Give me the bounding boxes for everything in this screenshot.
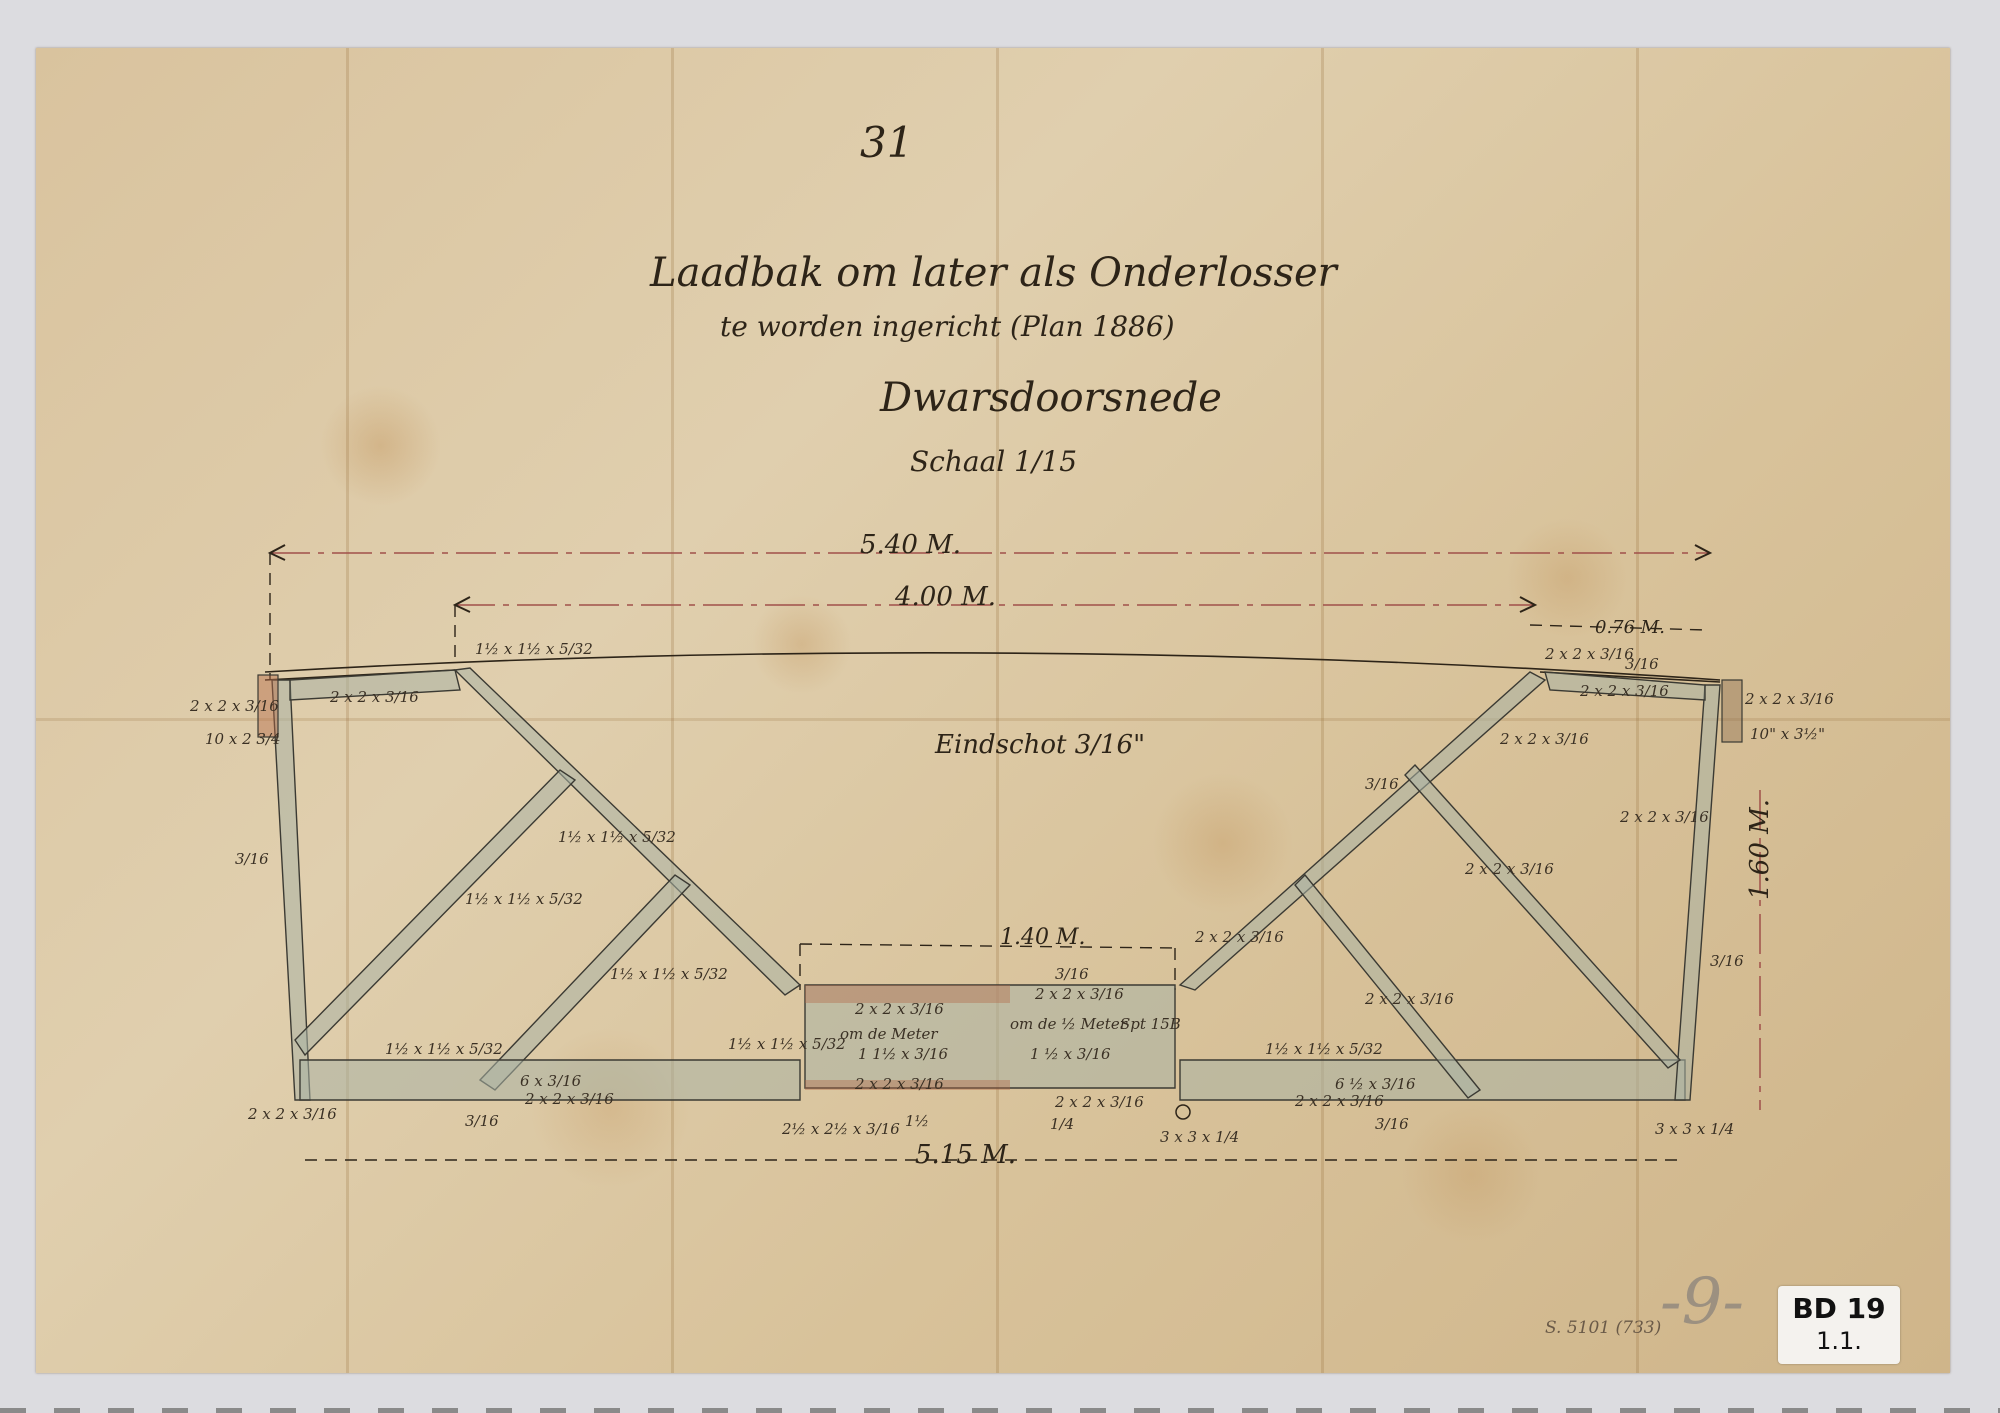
member-label: 2 x 2 x 3/16 bbox=[1035, 985, 1124, 1003]
member-label: 2 x 2 x 3/16 bbox=[190, 697, 279, 715]
member-label: 3/16 bbox=[465, 1112, 499, 1130]
member-label: 2 x 2 x 3/16 bbox=[330, 688, 419, 706]
member-label: 1 1½ x 3/16 bbox=[858, 1045, 948, 1063]
member-label: 2 x 2 x 3/16 bbox=[1365, 990, 1454, 1008]
member-label: 10 x 2 3/4 bbox=[205, 730, 281, 748]
card-line-2: 1.1. bbox=[1778, 1327, 1900, 1355]
archive-stamp: -9- bbox=[1660, 1265, 1744, 1339]
member-label: 3/16 bbox=[1710, 952, 1744, 970]
member-label: 1½ x 1½ x 5/32 bbox=[558, 828, 676, 846]
member-label: 2 x 2 x 3/16 bbox=[1195, 928, 1284, 946]
drawing-subtitle: te worden ingericht (Plan 1886) bbox=[720, 310, 1175, 343]
center-note: Eindschot 3/16" bbox=[935, 730, 1145, 760]
member-label: om de Meter bbox=[840, 1025, 938, 1043]
dim-base-length: 5.15 M. bbox=[915, 1140, 1016, 1170]
member-label: 2½ x 2½ x 3/16 bbox=[782, 1120, 900, 1138]
sheet-number: 31 bbox=[860, 118, 913, 167]
member-label: 3 x 3 x 1/4 bbox=[1655, 1120, 1734, 1138]
member-label: 6 x 3/16 bbox=[520, 1072, 581, 1090]
member-label: 1½ x 1½ x 5/32 bbox=[465, 890, 583, 908]
member-label: 2 x 2 x 3/16 bbox=[1580, 682, 1669, 700]
member-label: Spt 15B bbox=[1120, 1015, 1181, 1033]
member-label: 10" x 3½" bbox=[1750, 725, 1825, 743]
view-name: Dwarsdoorsnede bbox=[880, 375, 1222, 421]
dim-hopper-bottom: 1.40 M. bbox=[1000, 925, 1086, 950]
dim-height: 1.60 M. bbox=[1745, 799, 1775, 900]
member-label: 2 x 2 x 3/16 bbox=[1745, 690, 1834, 708]
drawing-title: Laadbak om later als Onderlosser bbox=[650, 250, 1337, 296]
member-label: 1½ x 1½ x 5/32 bbox=[475, 640, 593, 658]
member-label: 2 x 2 x 3/16 bbox=[1545, 645, 1634, 663]
member-label: 2 x 2 x 3/16 bbox=[1465, 860, 1554, 878]
member-label: 2 x 2 x 3/16 bbox=[855, 1000, 944, 1018]
member-label: 2 x 2 x 3/16 bbox=[525, 1090, 614, 1108]
scan-ruler bbox=[0, 1408, 2000, 1413]
member-label: 1/4 bbox=[1050, 1115, 1074, 1133]
member-label: 3/16 bbox=[1055, 965, 1089, 983]
member-label: 3 x 3 x 1/4 bbox=[1160, 1128, 1239, 1146]
card-line-1: BD 19 bbox=[1778, 1292, 1900, 1325]
archive-label-card: BD 19 1.1. bbox=[1778, 1286, 1900, 1364]
member-label: 3/16 bbox=[235, 850, 269, 868]
member-label: 3/16 bbox=[1625, 655, 1659, 673]
member-label: 1½ x 1½ x 5/32 bbox=[1265, 1040, 1383, 1058]
member-label: 6 ½ x 3/16 bbox=[1335, 1075, 1416, 1093]
member-label: 1½ x 1½ x 5/32 bbox=[385, 1040, 503, 1058]
member-label: 3/16 bbox=[1375, 1115, 1409, 1133]
member-label: 1½ bbox=[905, 1112, 929, 1130]
dim-overall-width: 5.40 M. bbox=[860, 530, 961, 560]
catalog-reference: S. 5101 (733) bbox=[1545, 1318, 1661, 1338]
dim-side-offset: 0.76 M. bbox=[1595, 617, 1665, 638]
member-label: 2 x 2 x 3/16 bbox=[1055, 1093, 1144, 1111]
member-label: 3/16 bbox=[1365, 775, 1399, 793]
member-label: 2 x 2 x 3/16 bbox=[248, 1105, 337, 1123]
cross-section-drawing bbox=[0, 0, 2000, 1413]
dim-top-opening: 4.00 M. bbox=[895, 582, 996, 612]
member-label: 2 x 2 x 3/16 bbox=[1295, 1092, 1384, 1110]
member-label: 2 x 2 x 3/16 bbox=[855, 1075, 944, 1093]
member-label: 1½ x 1½ x 5/32 bbox=[610, 965, 728, 983]
member-label: om de ½ Meter bbox=[1010, 1015, 1127, 1033]
member-label: 1½ x 1½ x 5/32 bbox=[728, 1035, 846, 1053]
scale-label: Schaal 1/15 bbox=[910, 445, 1077, 478]
member-label: 2 x 2 x 3/16 bbox=[1500, 730, 1589, 748]
member-label: 2 x 2 x 3/16 bbox=[1620, 808, 1709, 826]
member-label: 1 ½ x 3/16 bbox=[1030, 1045, 1111, 1063]
